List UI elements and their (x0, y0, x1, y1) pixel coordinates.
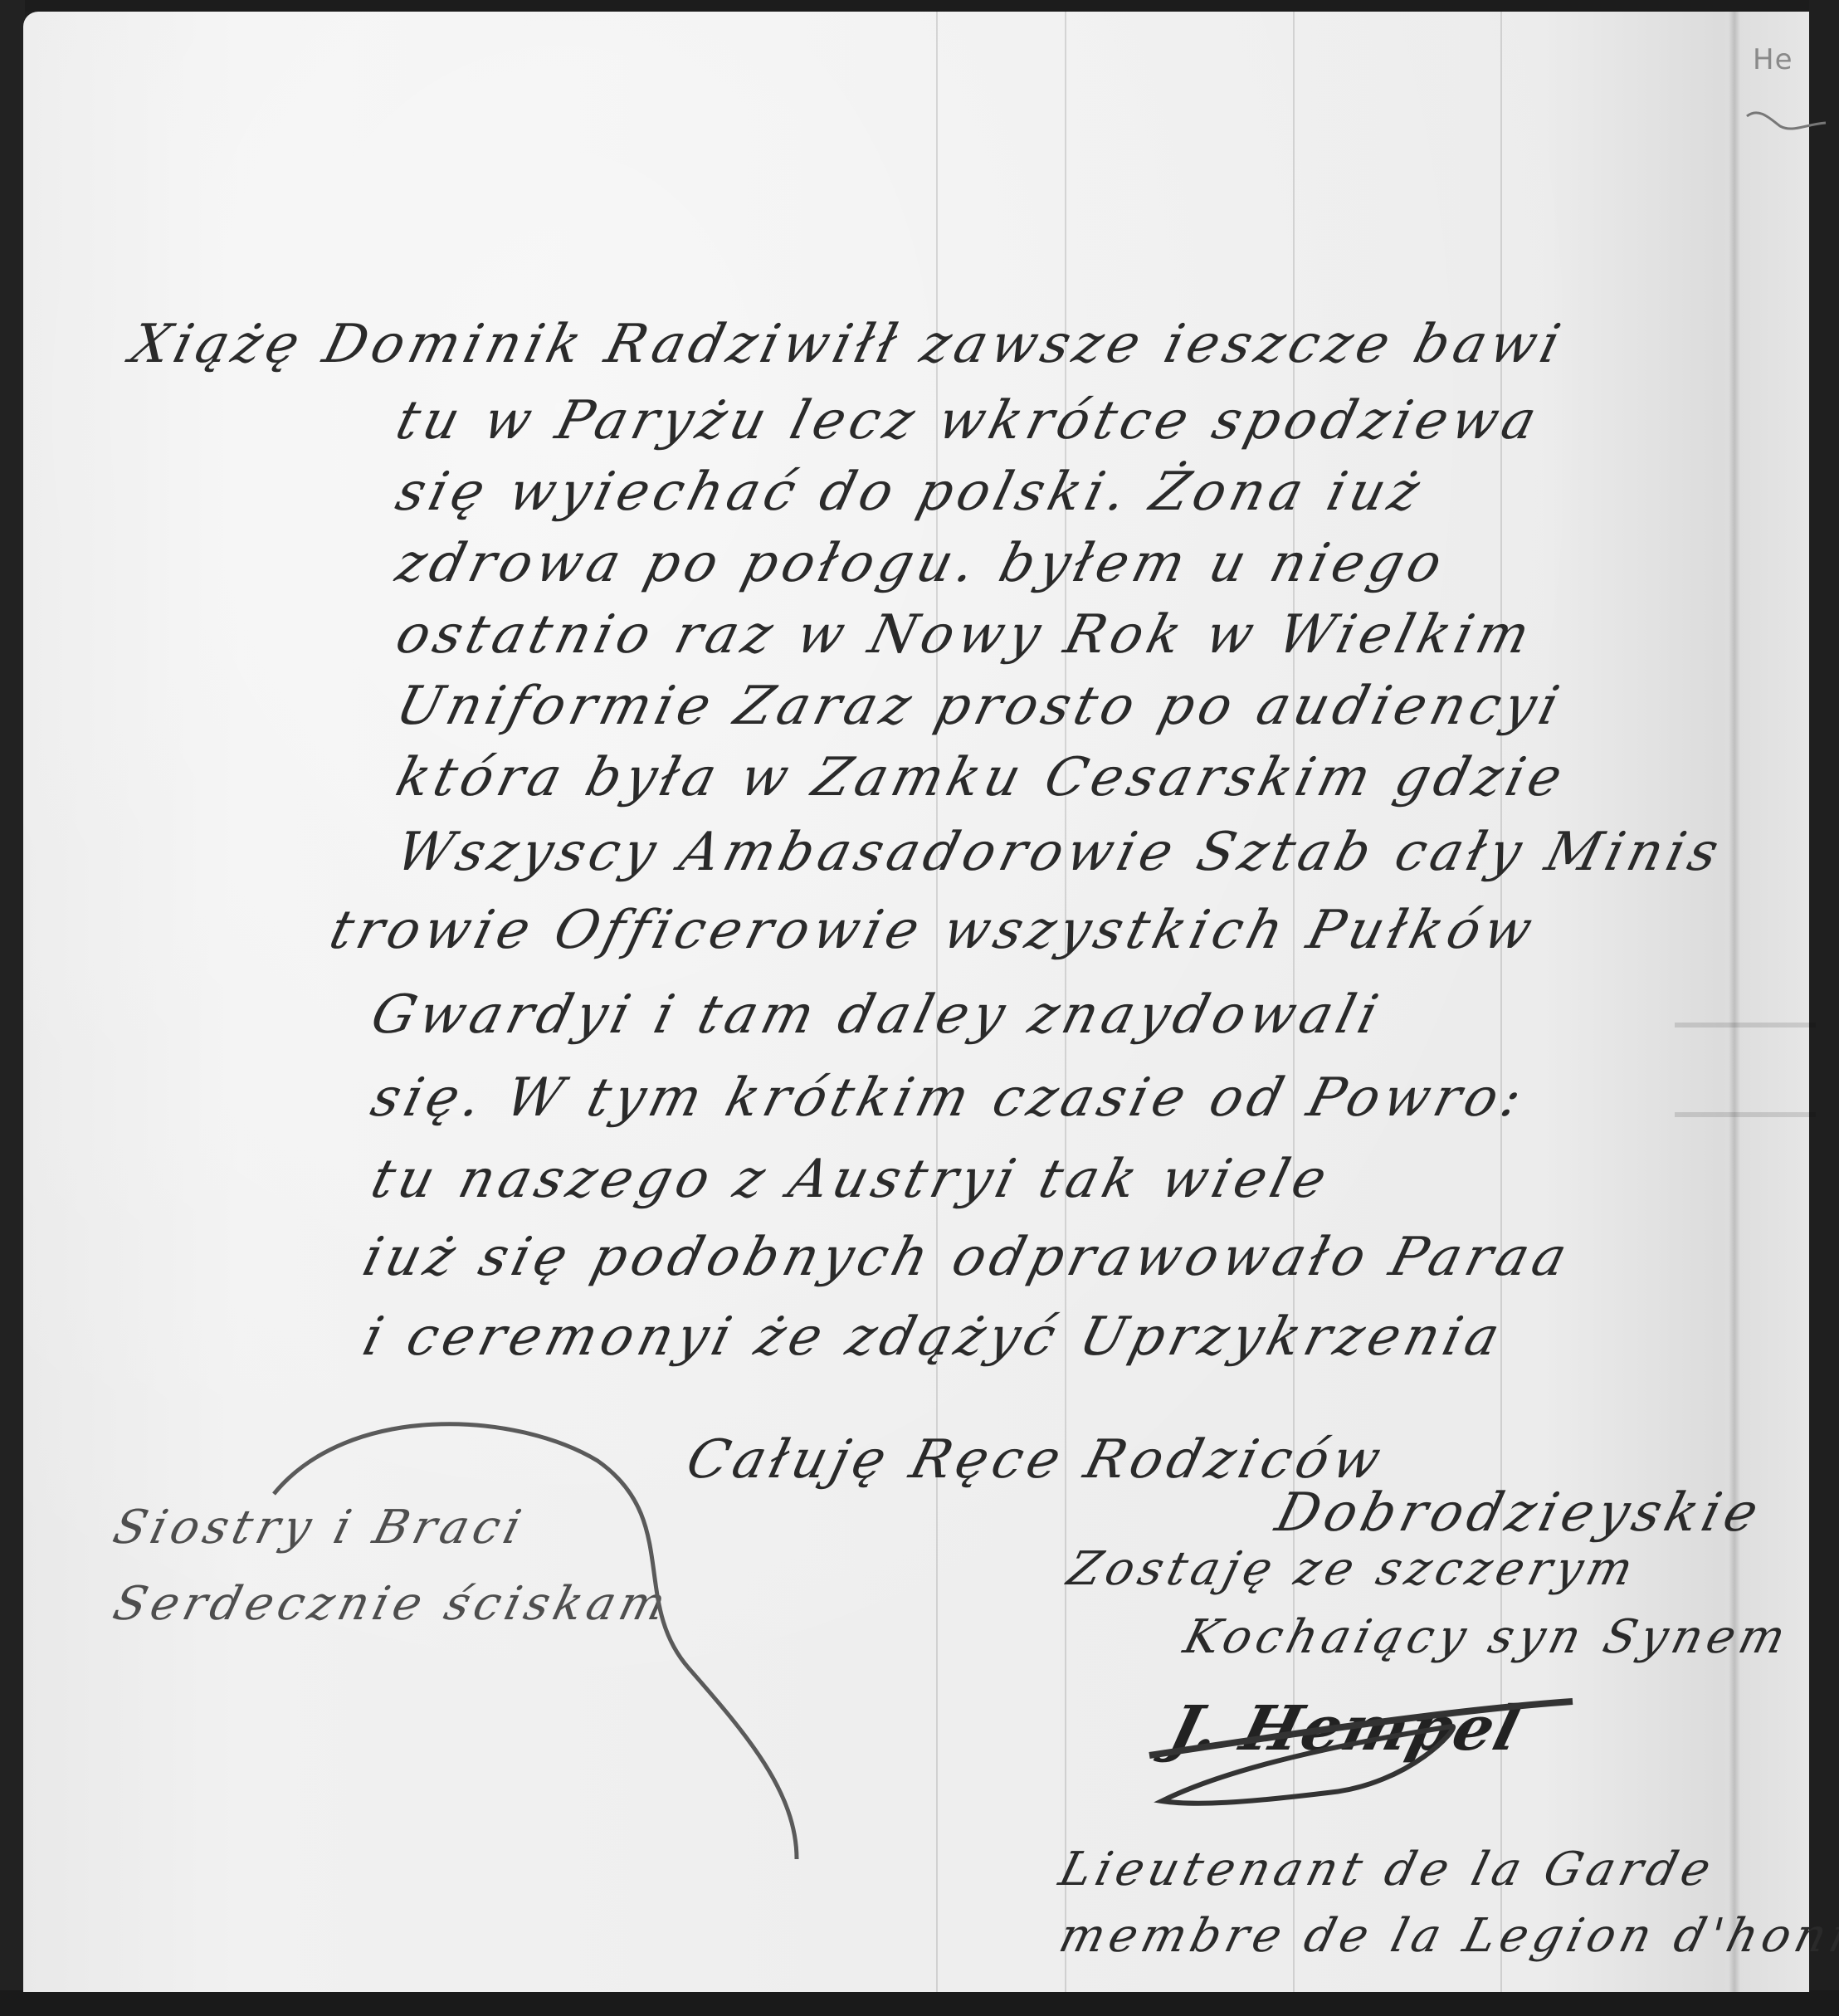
signature-underline (1149, 1701, 1573, 1755)
signature-flourish (1162, 1726, 1453, 1804)
pen-flourishes (0, 0, 1839, 2016)
corner-squiggle (1747, 113, 1826, 129)
curved-divider-stroke (274, 1424, 797, 1859)
